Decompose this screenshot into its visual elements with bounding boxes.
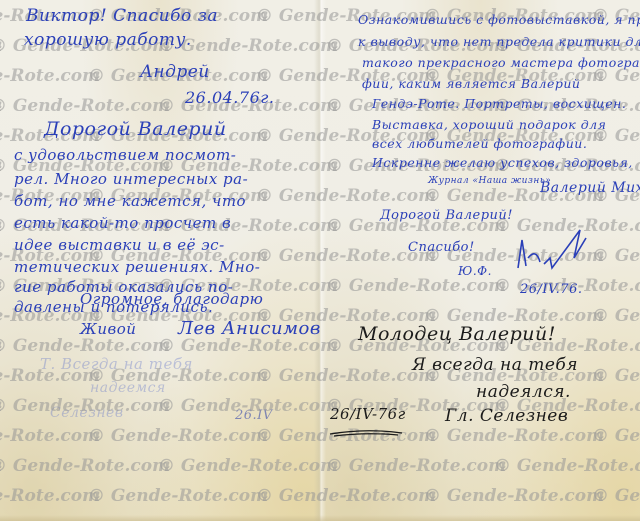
- date-underline: [326, 428, 406, 438]
- letter-line: всех любителей фотографии.: [372, 136, 587, 151]
- salutation: Дорогой Валерий: [44, 118, 227, 140]
- paper-edge: [0, 515, 640, 521]
- faint-writing: 26.IV: [235, 408, 273, 423]
- initials: Ю.Ф.: [458, 264, 492, 278]
- letter-line: рел. Много интересных ра-: [14, 170, 248, 188]
- note-line: Молодец Валерий!: [358, 323, 556, 345]
- letter-line: тетических решениях. Мно-: [14, 258, 260, 276]
- letter-line: к выводу, что нет предела критики для: [358, 34, 640, 49]
- letter-line: есть какой-то просчет в: [14, 214, 231, 232]
- letter-line: с удовольствием посмот-: [14, 146, 236, 164]
- faint-writing: надеемся: [90, 380, 166, 396]
- note-line: Я всегда на тебя: [412, 355, 578, 375]
- date: 26/IV.76.: [520, 282, 582, 297]
- letter-line: Гендэ-Роте. Портреты, восхищен.: [372, 96, 626, 111]
- date: 26.04.76г.: [185, 88, 274, 107]
- closing-line: Живой: [80, 320, 136, 338]
- letter-line: Искренне желаю успехов, здоровья,: [372, 155, 633, 170]
- letter-line: бот, но мне кажется, что: [14, 192, 246, 210]
- faint-writing: Селезнев: [50, 405, 124, 421]
- note-line: хорошую работу.: [24, 30, 192, 50]
- date: 26/IV-76г: [330, 405, 406, 423]
- letter-line: идее выставки и в её эс-: [14, 236, 225, 254]
- page-fold: [314, 0, 326, 521]
- subline: Журнал «Наша жизнь»: [428, 176, 551, 186]
- closing: Огромное, благодарю: [80, 290, 263, 308]
- signature: Лев Анисимов: [178, 318, 321, 339]
- signature: Гл. Селезнев: [445, 406, 568, 426]
- signature: Валерий Михаил: [540, 180, 640, 196]
- thanks: Спасибо!: [408, 240, 475, 255]
- letter-line: такого прекрасного мастера фотогра-: [362, 55, 640, 70]
- signature: Андрей: [140, 62, 210, 82]
- letter-line: фии, каким является Валерий: [362, 76, 581, 91]
- salutation: Дорогой Валерий!: [380, 208, 513, 223]
- note-line: Виктор! Спасибо за: [26, 6, 218, 26]
- letter-line: Ознакомившись с фотовыставкой, я пришел: [358, 12, 640, 27]
- faint-writing: Т. Всегда на тебя: [40, 355, 193, 373]
- note-line: надеялся.: [476, 382, 571, 402]
- signature-flourish: [510, 228, 600, 278]
- letter-line: Выставка, хороший подарок для: [372, 117, 606, 132]
